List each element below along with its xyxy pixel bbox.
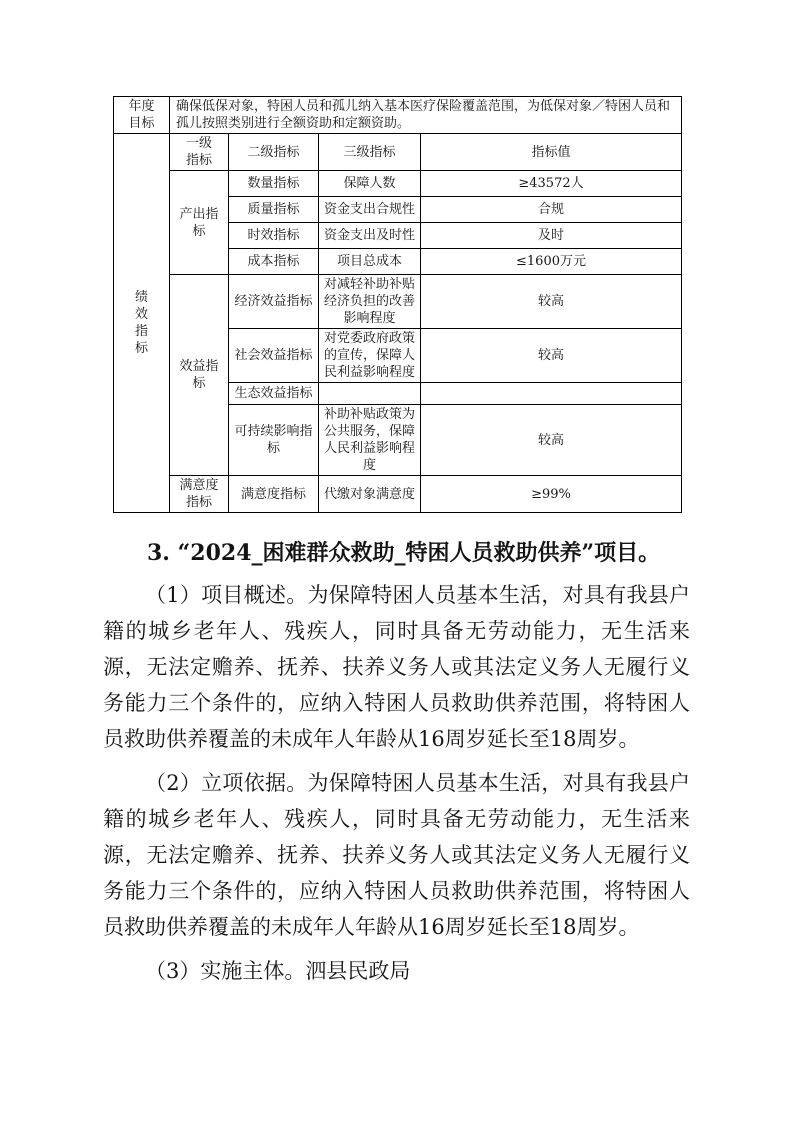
cell-level2: 生态效益指标 <box>229 383 319 405</box>
cell-value: ≤1600万元 <box>421 249 682 275</box>
header-level2: 二级指标 <box>229 134 319 171</box>
cell-level2: 满意度指标 <box>229 476 319 513</box>
cell-value: 合规 <box>421 197 682 223</box>
cell-value: 较高 <box>421 329 682 383</box>
header-level1: 一级 指标 <box>170 134 229 171</box>
paragraph-project-basis: （2）立项依据。为保障特困人员基本生活，对具有我县户籍的城乡老年人、残疾人，同时… <box>103 765 690 945</box>
cell-value: 及时 <box>421 223 682 249</box>
cell-level3: 项目总成本 <box>319 249 421 275</box>
cell-level2: 数量指标 <box>229 171 319 197</box>
cell-level2: 成本指标 <box>229 249 319 275</box>
cell-level3: 补助补贴政策为公共服务，保障人民利益影响程度 <box>319 405 421 476</box>
table-row: 产出指 标 数量指标 保障人数 ≥43572人 <box>114 171 682 197</box>
header-value: 指标值 <box>421 134 682 171</box>
cell-level3: 保障人数 <box>319 171 421 197</box>
paragraph-project-overview: （1）项目概述。为保障特困人员基本生活，对具有我县户籍的城乡老年人、残疾人，同时… <box>103 577 690 757</box>
cell-level2: 时效指标 <box>229 223 319 249</box>
cell-level3: 资金支出及时性 <box>319 223 421 249</box>
group-benefit-label: 效益指 标 <box>170 275 229 476</box>
annual-goal-label: 年度 目标 <box>114 97 170 134</box>
cell-level3 <box>319 383 421 405</box>
cell-level3: 代缴对象满意度 <box>319 476 421 513</box>
cell-value <box>421 383 682 405</box>
table-row: 年度 目标 确保低保对象，特困人员和孤儿纳入基本医疗保险覆盖范围，为低保对象／特… <box>114 97 682 134</box>
table-row: 绩 效 指 标 一级 指标 二级指标 三级指标 指标值 <box>114 134 682 171</box>
table-row: 满意度 指标 满意度指标 代缴对象满意度 ≥99% <box>114 476 682 513</box>
cell-value: 较高 <box>421 405 682 476</box>
body-text: 3. “2024_困难群众救助_特困人员救助供养”项目。 （1）项目概述。为保障… <box>103 535 690 989</box>
performance-indicator-label: 绩 效 指 标 <box>114 134 170 513</box>
document-page: 年度 目标 确保低保对象，特困人员和孤儿纳入基本医疗保险覆盖范围，为低保对象／特… <box>0 0 793 1122</box>
cell-level2: 社会效益指标 <box>229 329 319 383</box>
cell-value: ≥43572人 <box>421 171 682 197</box>
group-satisfaction-label: 满意度 指标 <box>170 476 229 513</box>
header-level3: 三级指标 <box>319 134 421 171</box>
performance-indicators-table: 年度 目标 确保低保对象，特困人员和孤儿纳入基本医疗保险覆盖范围，为低保对象／特… <box>113 96 682 513</box>
section-heading: 3. “2024_困难群众救助_特困人员救助供养”项目。 <box>103 535 690 571</box>
cell-level3: 对党委政府政策的宣传，保障人民利益影响程度 <box>319 329 421 383</box>
cell-level2: 经济效益指标 <box>229 275 319 329</box>
table-row: 效益指 标 经济效益指标 对减轻补助补贴经济负担的改善影响程度 较高 <box>114 275 682 329</box>
cell-level3: 资金支出合规性 <box>319 197 421 223</box>
paragraph-implementing-body: （3）实施主体。泗县民政局 <box>103 953 690 989</box>
annual-goal-text: 确保低保对象，特困人员和孤儿纳入基本医疗保险覆盖范围，为低保对象／特困人员和孤儿… <box>170 97 682 134</box>
cell-value: 较高 <box>421 275 682 329</box>
cell-level3: 对减轻补助补贴经济负担的改善影响程度 <box>319 275 421 329</box>
cell-level2: 可持续影响指标 <box>229 405 319 476</box>
cell-level2: 质量指标 <box>229 197 319 223</box>
cell-value: ≥99% <box>421 476 682 513</box>
group-output-label: 产出指 标 <box>170 171 229 275</box>
